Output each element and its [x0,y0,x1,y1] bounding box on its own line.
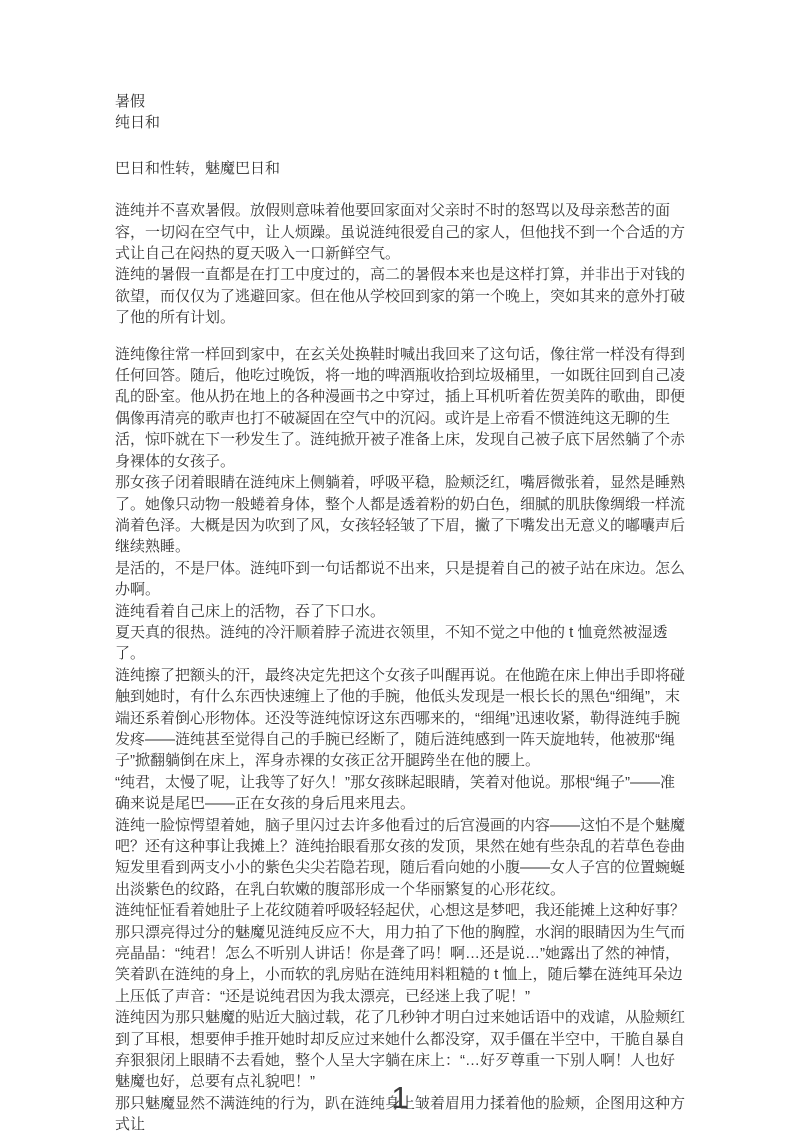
title-block: 暑假 纯日和 [115,91,687,134]
intro-paragraph: 涟纯的暑假一直都是在打工中度过的，高二的暑假本来也是这样打算，并非出于对钱的欲望… [115,264,687,328]
title-line: 暑假 [115,91,687,112]
document-content: 暑假 纯日和 巴日和性转，魅魔巴日和 涟纯并不喜欢暑假。放假则意味着他要回家面对… [115,91,687,1131]
body-paragraph: 涟纯一脸惊愕望着她，脑子里闪过去许多他看过的后宫漫画的内容——这怕不是个魅魔吧？… [115,815,687,901]
title-line: 纯日和 [115,112,687,133]
body-paragraph: 是活的，不是尸体。涟纯吓到一句话都说不出来，只是提着自己的被子站在床边。怎么办啊… [115,558,687,601]
subtitle-block: 巴日和性转，魅魔巴日和 [115,158,687,179]
intro-paragraph: 涟纯并不喜欢暑假。放假则意味着他要回家面对父亲时不时的怒骂以及母亲愁苦的面容，一… [115,200,687,264]
body-paragraph: 涟纯怔怔看着她肚子上花纹随着呼吸轻轻起伏，心想这是梦吧，我还能摊上这种好事？ [115,900,687,921]
body-paragraph: 那女孩子闭着眼睛在涟纯床上侧躺着，呼吸平稳，脸颊泛红，嘴唇微张着，显然是睡熟了。… [115,472,687,558]
body-paragraph: 涟纯像往常一样回到家中，在玄关处换鞋时喊出我回来了这句话，像往常一样没有得到任何… [115,344,687,472]
body-paragraph: “纯君，太慢了呢，让我等了好久！”那女孩眯起眼睛，笑着对他说。那根“绳子”——准… [115,772,687,815]
body-paragraph: 那只漂亮得过分的魅魔见涟纯反应不大，用力拍了下他的胸膛，水润的眼睛因为生气而亮晶… [115,922,687,1008]
subtitle: 巴日和性转，魅魔巴日和 [115,158,687,179]
body-paragraph: 涟纯看着自己床上的活物，吞了下口水。 [115,601,687,622]
body-paragraphs: 涟纯像往常一样回到家中，在玄关处换鞋时喊出我回来了这句话，像往常一样没有得到任何… [115,344,687,1131]
document-page: 暑假 纯日和 巴日和性转，魅魔巴日和 涟纯并不喜欢暑假。放假则意味着他要回家面对… [0,0,800,1131]
body-paragraph: 涟纯擦了把额头的汗，最终决定先把这个女孩子叫醒再说。在他跪在床上伸出手即将碰触到… [115,665,687,772]
page-number: 1 [0,1082,800,1113]
body-paragraph: 夏天真的很热。涟纯的冷汗顺着脖子流进衣领里，不知不觉之中他的 t 恤竟然被湿透了… [115,622,687,665]
intro-paragraphs: 涟纯并不喜欢暑假。放假则意味着他要回家面对父亲时不时的怒骂以及母亲愁苦的面容，一… [115,200,687,328]
